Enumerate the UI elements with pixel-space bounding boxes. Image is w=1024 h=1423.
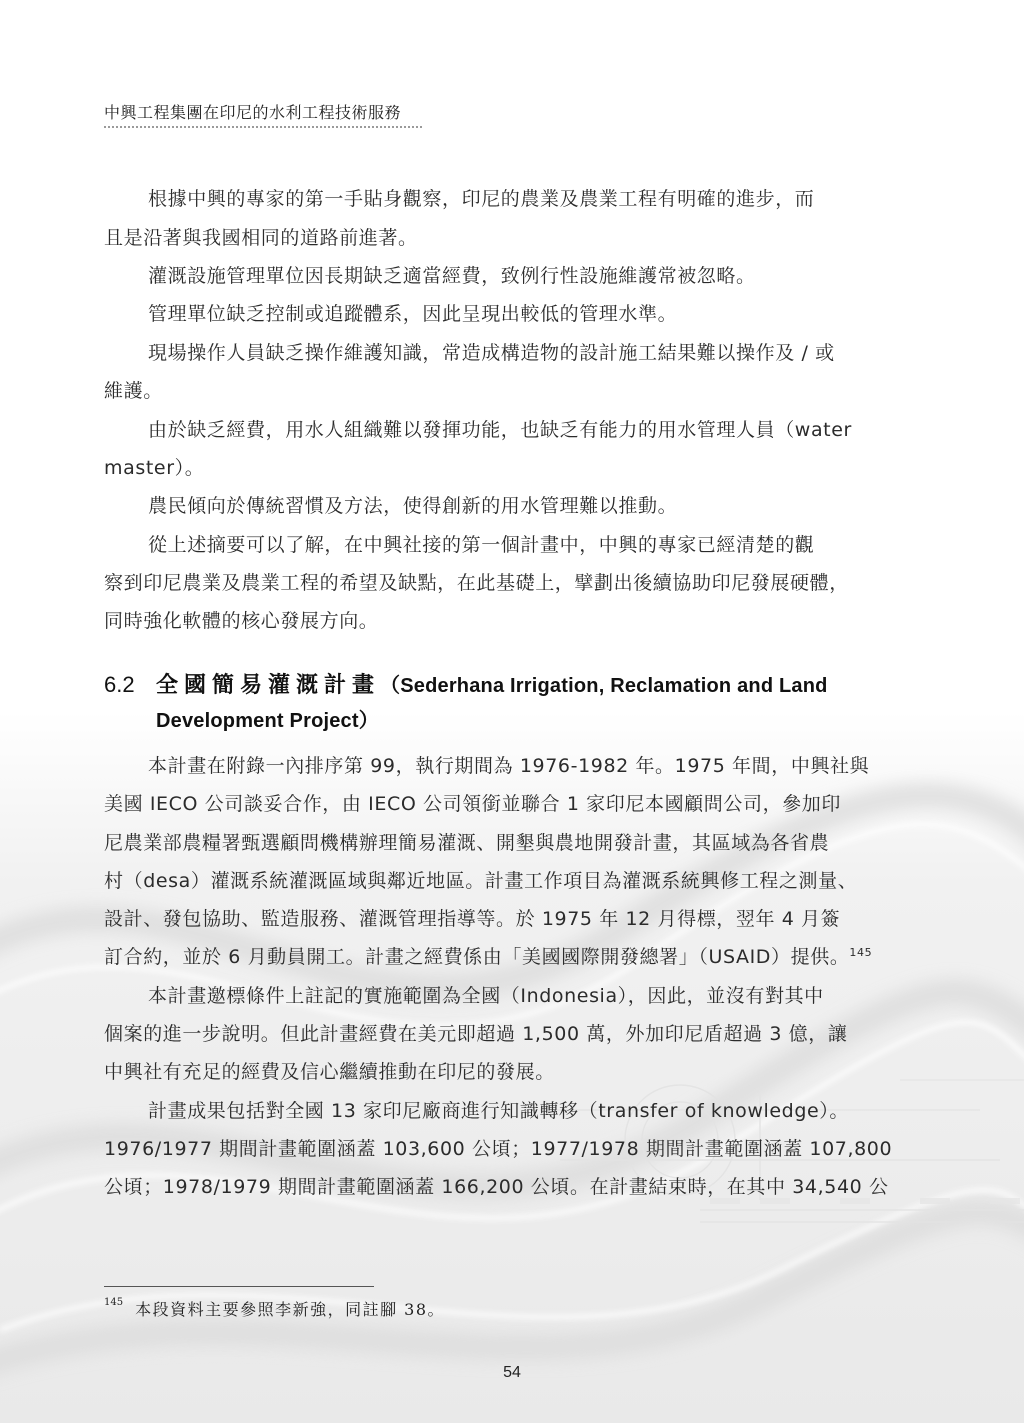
paragraph-text: 訂合約，並於 6 月動員開工。計畫之經費係由「美國國際開發總署」（USAID）提…: [104, 946, 849, 968]
paragraph-line: 個案的進一步說明。但此計畫經費在美元即超過 1,500 萬，外加印尼盾超過 3 …: [104, 1022, 916, 1046]
footnote-separator: [104, 1286, 374, 1287]
paragraph-line: master）。: [104, 456, 916, 480]
paragraph-line: 村（desa）灌溉系統灌溉區域與鄰近地區。計畫工作項目為灌溉系統興修工程之測量、: [104, 869, 916, 893]
header-dotted-rule: [104, 126, 422, 128]
paragraph-line: 察到印尼農業及農業工程的希望及缺點，在此基礎上，擘劃出後續協助印尼發展硬體，: [104, 571, 916, 595]
paragraph-line: 管理單位缺乏控制或追蹤體系，因此呈現出較低的管理水準。: [148, 302, 916, 326]
paragraph-line: 尼農業部農糧署甄選顧問機構辦理簡易灌溉、開墾與農地開發計畫，其區域為各省農: [104, 831, 916, 855]
page-number: 54: [0, 1364, 1024, 1382]
footnote: 145本段資料主要參照李新強，同註腳 38。: [104, 1297, 445, 1320]
paragraph-line: 計畫成果包括對全國 13 家印尼廠商進行知識轉移（transfer of kno…: [148, 1099, 916, 1123]
paragraph-line: 公頃；1978/1979 期間計畫範圍涵蓋 166,200 公頃。在計畫結束時，…: [104, 1175, 916, 1199]
paragraph-line: 維護。: [104, 379, 916, 403]
paragraph-line: 美國 IECO 公司談妥合作，由 IECO 公司領銜並聯合 1 家印尼本國顧問公…: [104, 792, 916, 816]
running-header: 中興工程集團在印尼的水利工程技術服務: [104, 100, 401, 123]
paragraph-line: 本計畫在附錄一內排序第 99，執行期間為 1976-1982 年。1975 年間…: [148, 754, 916, 778]
paragraph-line: 灌溉設施管理單位因長期缺乏適當經費，致例行性設施維護常被忽略。: [148, 264, 916, 288]
paragraph-line: 根據中興的專家的第一手貼身觀察，印尼的農業及農業工程有明確的進步，而: [148, 187, 916, 211]
footnote-text: 本段資料主要參照李新強，同註腳 38。: [135, 1300, 445, 1319]
section-heading-line1: 6.2全國簡易灌溉計畫（Sederhana Irrigation, Reclam…: [104, 668, 916, 703]
section-title-en-cont: Development Project）: [156, 710, 379, 732]
paragraph-line: 中興社有充足的經費及信心繼續推動在印尼的發展。: [104, 1060, 916, 1084]
paragraph-line: 同時強化軟體的核心發展方向。: [104, 609, 916, 633]
paragraph-line: 農民傾向於傳統習慣及方法，使得創新的用水管理難以推動。: [148, 494, 916, 518]
section-title-en: （Sederhana Irrigation, Reclamation and L…: [380, 675, 828, 697]
section-number: 6.2: [104, 668, 156, 702]
paragraph-line: 設計、發包協助、監造服務、灌溉管理指導等。於 1975 年 12 月得標，翌年 …: [104, 907, 916, 931]
paragraph-line: 且是沿著與我國相同的道路前進著。: [104, 226, 916, 250]
section-heading-line2: Development Project）: [104, 703, 916, 738]
paragraph-line: 從上述摘要可以了解，在中興社接的第一個計畫中，中興的專家已經清楚的觀: [148, 533, 916, 557]
paragraph-line: 由於缺乏經費，用水人組織難以發揮功能，也缺乏有能力的用水管理人員（water: [148, 418, 916, 442]
paragraph-line: 現場操作人員缺乏操作維護知識，常造成構造物的設計施工結果難以操作及 / 或: [148, 341, 916, 365]
paragraph-line: 1976/1977 期間計畫範圍涵蓋 103,600 公頃；1977/1978 …: [104, 1137, 916, 1161]
footnote-reference[interactable]: 145: [849, 946, 872, 959]
paragraph-line: 本計畫邀標條件上註記的實施範圍為全國（Indonesia），因此，並沒有對其中: [148, 984, 916, 1008]
section-title-zh: 全國簡易灌溉計畫: [156, 672, 380, 697]
section-heading: 6.2全國簡易灌溉計畫（Sederhana Irrigation, Reclam…: [104, 668, 916, 738]
footnote-number: 145: [104, 1297, 123, 1308]
paragraph-line-with-footnote: 訂合約，並於 6 月動員開工。計畫之經費係由「美國國際開發總署」（USAID）提…: [104, 945, 916, 969]
